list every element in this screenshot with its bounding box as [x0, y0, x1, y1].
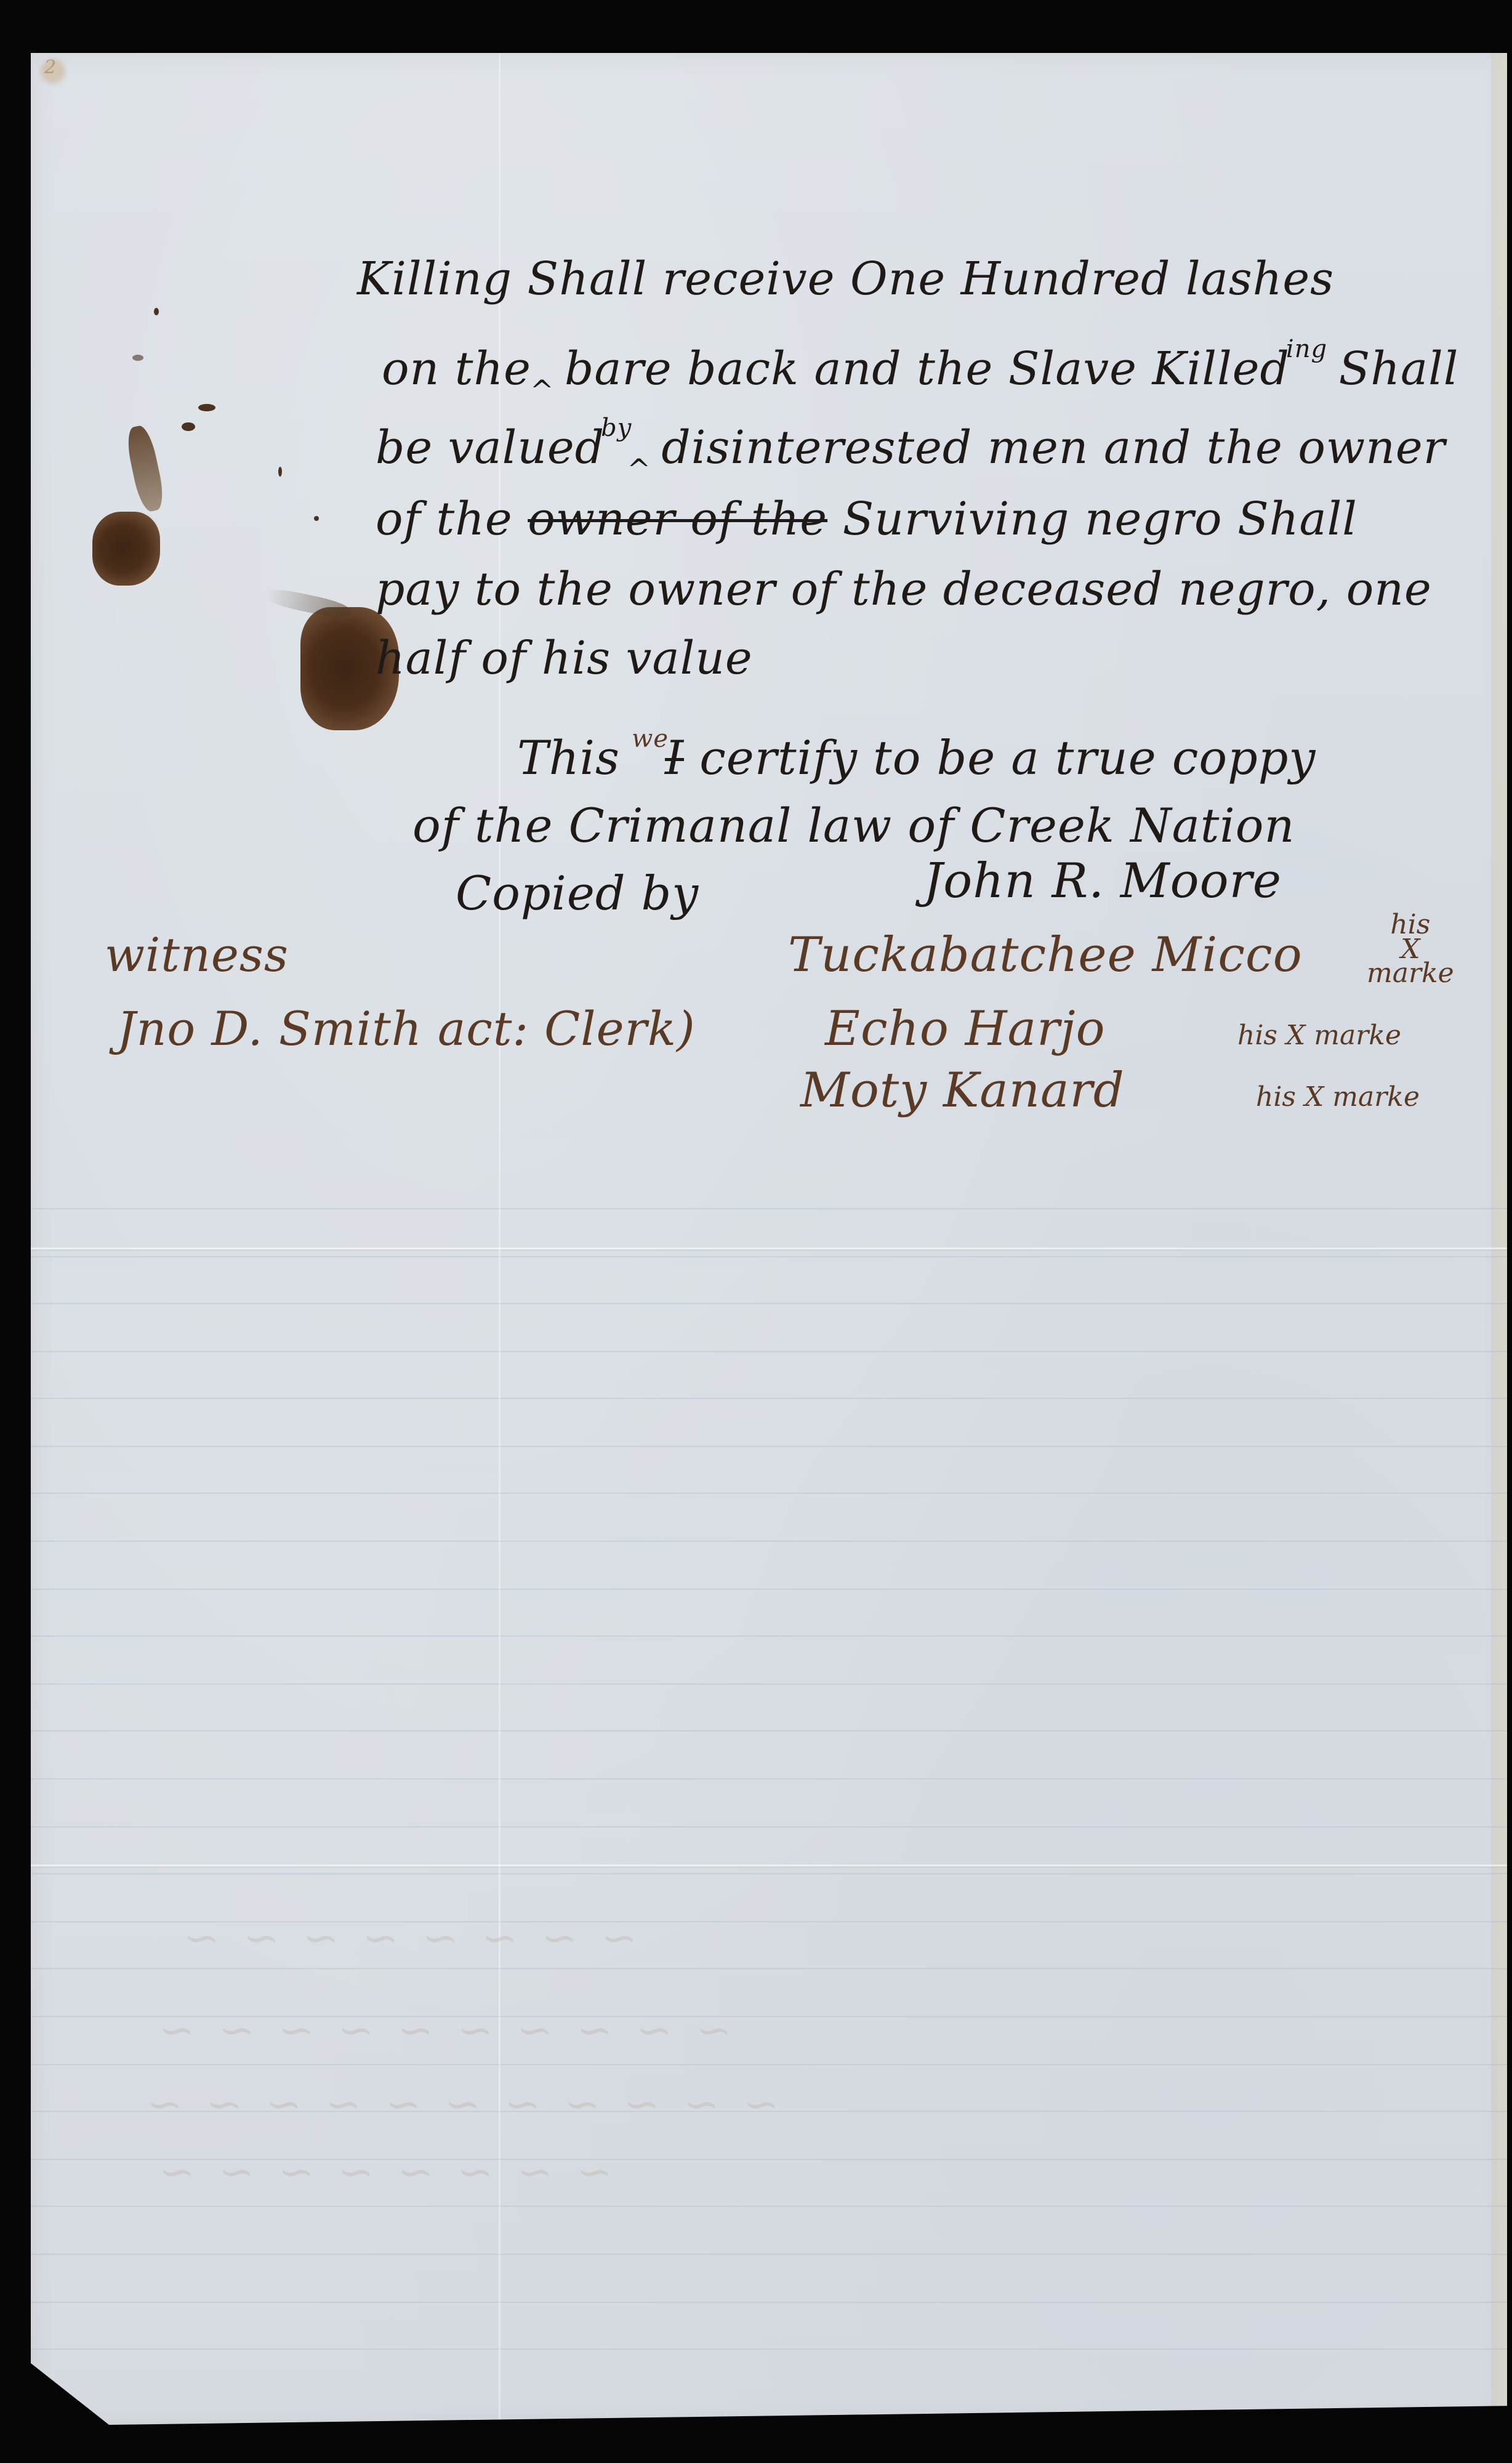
witness-signature: Jno D. Smith act: Clerk)	[117, 1001, 696, 1056]
ruled-line	[31, 1873, 1507, 1874]
line-text: half of his value	[376, 632, 753, 685]
ink-blot-trail	[124, 424, 167, 514]
certification-line-2: of the Crimanal law of Creek Nation	[412, 798, 1295, 853]
correction-text: we	[632, 725, 669, 753]
manuscript-page: 2 ~ ~ ~ ~ ~ ~ ~ ~ ~ ~ ~ ~ ~ ~ ~ ~ ~ ~ ~ …	[31, 53, 1507, 2425]
inserted-text: ing	[1286, 335, 1327, 363]
copied-by-label: Copied by	[456, 866, 699, 921]
line-text: certify to be a true coppy	[684, 730, 1316, 785]
bleed-through-text: ~ ~ ~ ~ ~ ~ ~ ~	[179, 1913, 637, 1963]
ruled-line	[31, 1256, 1507, 1257]
ink-speck	[132, 355, 143, 361]
mark-marke: marke	[1367, 961, 1454, 986]
ruled-line	[31, 1398, 1507, 1399]
ruled-line	[31, 1589, 1507, 1590]
copier-signature: John R. Moore	[923, 853, 1282, 909]
witness-label: witness	[105, 927, 289, 982]
ruled-line	[31, 2206, 1507, 2207]
signatory-1: Tuckabatchee Micco	[788, 927, 1303, 983]
ruled-line	[31, 1208, 1507, 1209]
signatory-1-mark: his X marke	[1367, 913, 1454, 986]
ink-speck	[198, 404, 215, 411]
bleed-through-text: ~ ~ ~ ~ ~ ~ ~ ~ ~ ~	[154, 2005, 732, 2055]
ruled-line	[31, 2302, 1507, 2303]
signatory-name: Moty Kanard	[800, 1063, 1125, 1118]
line-text: be valued	[376, 421, 605, 474]
insertion-caret: ^	[530, 374, 555, 407]
paper-fold	[31, 1248, 1507, 1249]
ruled-line	[31, 2064, 1507, 2065]
ruled-line	[31, 1446, 1507, 1447]
paper-fold	[31, 1864, 1507, 1866]
signatory-2: Echo Harjo	[825, 1001, 1106, 1057]
line-text: This	[517, 730, 635, 785]
ruled-line	[31, 1351, 1507, 1352]
ruled-line	[31, 1968, 1507, 1969]
signatory-2-mark: his X marke	[1237, 1020, 1401, 1051]
body-line-5: pay to the owner of the deceased negro, …	[376, 566, 1432, 612]
signatory-3: Moty Kanard	[800, 1063, 1125, 1118]
inserted-text: by	[601, 414, 632, 442]
line-text: bare back and the Slave Killed	[549, 342, 1289, 395]
body-line-4: of the owner of the Surviving negro Shal…	[376, 496, 1357, 542]
body-line-1: Killing Shall receive One Hundred lashes	[357, 256, 1334, 302]
bleed-through-text: ~ ~ ~ ~ ~ ~ ~ ~	[154, 2147, 613, 2197]
line-text: Surviving negro Shall	[827, 493, 1357, 546]
ruled-line	[31, 1303, 1507, 1304]
paper-fold	[499, 53, 501, 2425]
ink-speck	[278, 467, 282, 477]
struck-text: owner of the	[528, 493, 827, 546]
line-text: of the Crimanal law of Creek Nation	[412, 798, 1295, 853]
ink-smear	[264, 586, 352, 621]
signatory-3-mark: his X marke	[1256, 1081, 1420, 1113]
certification-line-1: This weI certify to be a true coppy	[517, 730, 1316, 785]
ruled-line	[31, 1826, 1507, 1828]
ruled-line	[31, 1730, 1507, 1731]
insertion-caret: ^	[627, 453, 651, 486]
ink-speck	[314, 516, 319, 521]
paper-right-edge	[1491, 53, 1507, 2425]
bleed-through-text: ~ ~ ~ ~ ~ ~ ~ ~ ~ ~ ~	[142, 2079, 779, 2129]
ruled-line	[31, 1683, 1507, 1685]
body-line-3: be valuedby^ disinterested men and the o…	[376, 425, 1446, 470]
signatory-name: Echo Harjo	[825, 1001, 1106, 1057]
line-text: Shall	[1324, 342, 1458, 395]
line-text: Killing Shall receive One Hundred lashes	[357, 252, 1334, 305]
ruled-line	[31, 1778, 1507, 1780]
line-text: of the	[376, 493, 528, 546]
ruled-line	[31, 2254, 1507, 2255]
line-text: disinterested men and the owner	[646, 421, 1446, 474]
ruled-line	[31, 2348, 1507, 2350]
body-line-6: half of his value	[376, 635, 753, 681]
page-number-mark: 2	[44, 57, 56, 78]
ink-blot	[92, 512, 160, 586]
body-line-2: on the^ bare back and the Slave Killedin…	[382, 346, 1458, 392]
line-text: pay to the owner of the deceased negro, …	[376, 563, 1432, 616]
line-text: on the	[382, 342, 531, 395]
ink-speck	[154, 308, 159, 315]
ruled-line	[31, 1541, 1507, 1542]
ink-speck	[182, 422, 195, 431]
ruled-line	[31, 1493, 1507, 1494]
ruled-line	[31, 1635, 1507, 1637]
signatory-name: Tuckabatchee Micco	[788, 927, 1303, 983]
